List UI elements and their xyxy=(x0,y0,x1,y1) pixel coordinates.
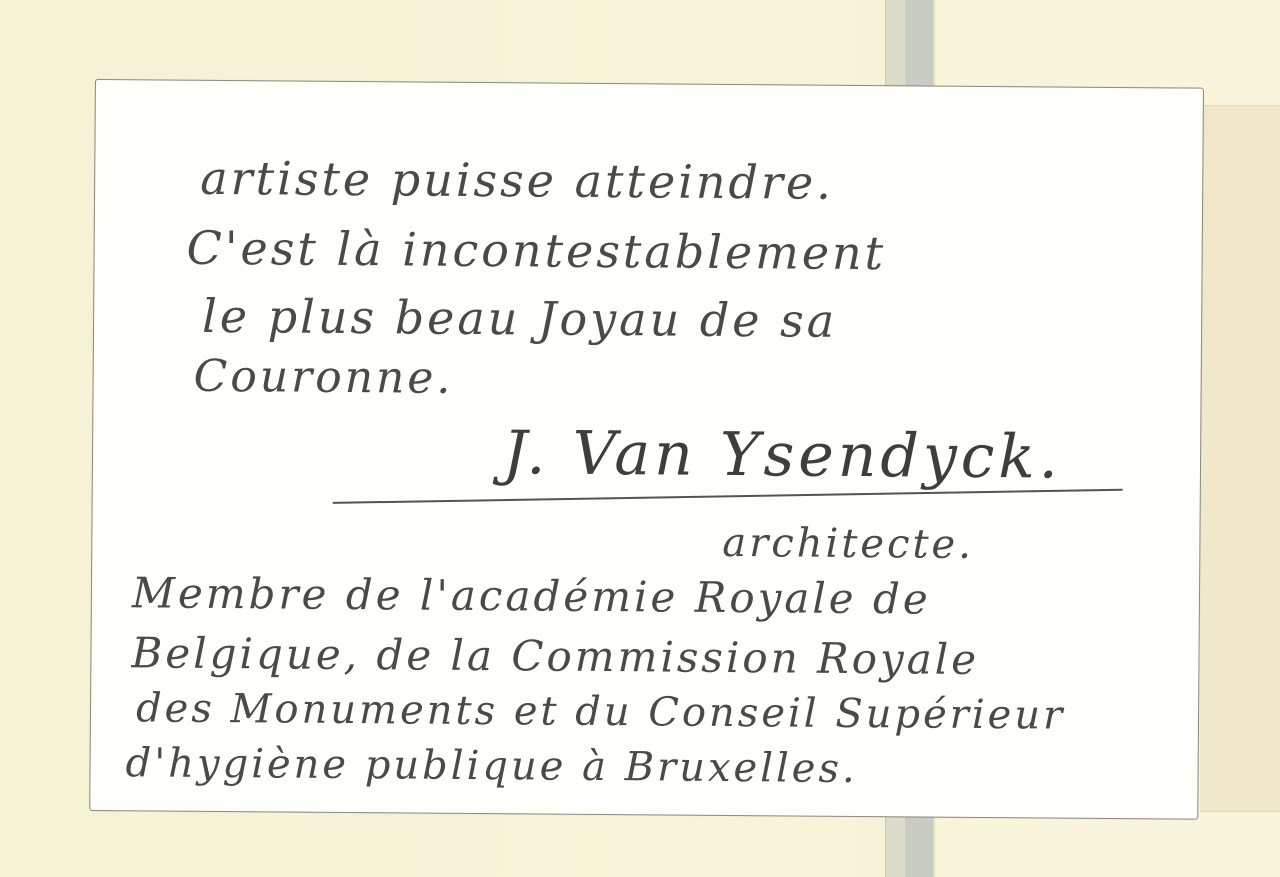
body-line-3: le plus beau Joyau de sa xyxy=(202,289,837,348)
credentials-line-4: d'hygiène publique à Bruxelles. xyxy=(125,740,857,792)
credentials-line-1: Membre de l'académie Royale de xyxy=(132,568,931,623)
body-line-1: artiste puisse atteindre. xyxy=(200,151,834,210)
signature-title: architecte. xyxy=(722,520,974,568)
body-line-4: Couronne. xyxy=(193,351,453,404)
underlying-card-edge xyxy=(1200,105,1280,812)
handwritten-card: artiste puisse atteindre. C'est là incon… xyxy=(89,79,1204,820)
signature-underline-flourish xyxy=(333,489,1123,504)
signature: J. Van Ysendyck. xyxy=(503,418,1062,492)
credentials-line-2: Belgique, de la Commission Royale xyxy=(131,628,979,684)
body-line-2: C'est là incontestablement xyxy=(186,221,886,280)
credentials-line-3: des Monuments et du Conseil Supérieur xyxy=(136,685,1066,738)
